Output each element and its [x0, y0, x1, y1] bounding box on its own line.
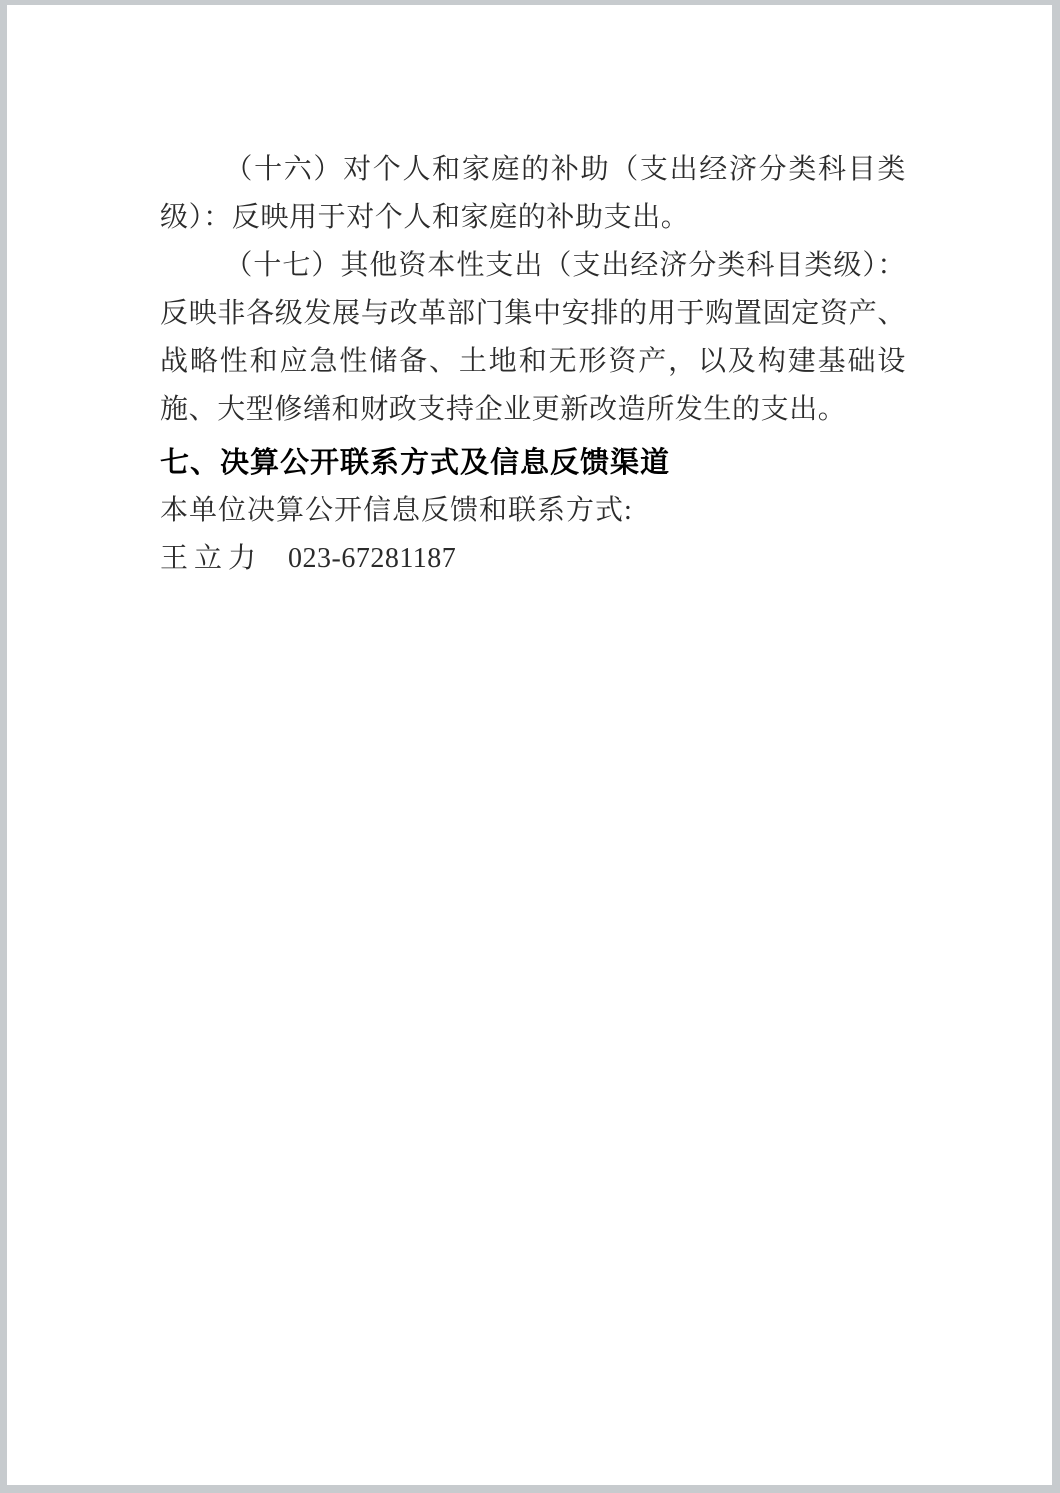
document-content: （十六）对个人和家庭的补助（支出经济分类科目类级）：反映用于对个人和家庭的补助支…: [7, 5, 1052, 583]
contact-name: 王立力: [160, 543, 262, 574]
contact-phone: 023-67281187: [288, 543, 456, 574]
contact-line: 王立力023-67281187: [160, 535, 906, 583]
document-viewport: { "document": { "paragraphs": [ "（十六）对个人…: [0, 0, 1060, 1493]
paragraph-item-16: （十六）对个人和家庭的补助（支出经济分类科目类级）：反映用于对个人和家庭的补助支…: [160, 146, 906, 242]
paragraph-item-17: （十七）其他资本性支出（支出经济分类科目类级）：反映非各级发展与改革部门集中安排…: [160, 242, 906, 434]
section-heading: 七、决算公开联系方式及信息反馈渠道: [160, 439, 906, 487]
document-page: （十六）对个人和家庭的补助（支出经济分类科目类级）：反映用于对个人和家庭的补助支…: [7, 5, 1052, 1485]
contact-intro: 本单位决算公开信息反馈和联系方式:: [160, 487, 906, 535]
